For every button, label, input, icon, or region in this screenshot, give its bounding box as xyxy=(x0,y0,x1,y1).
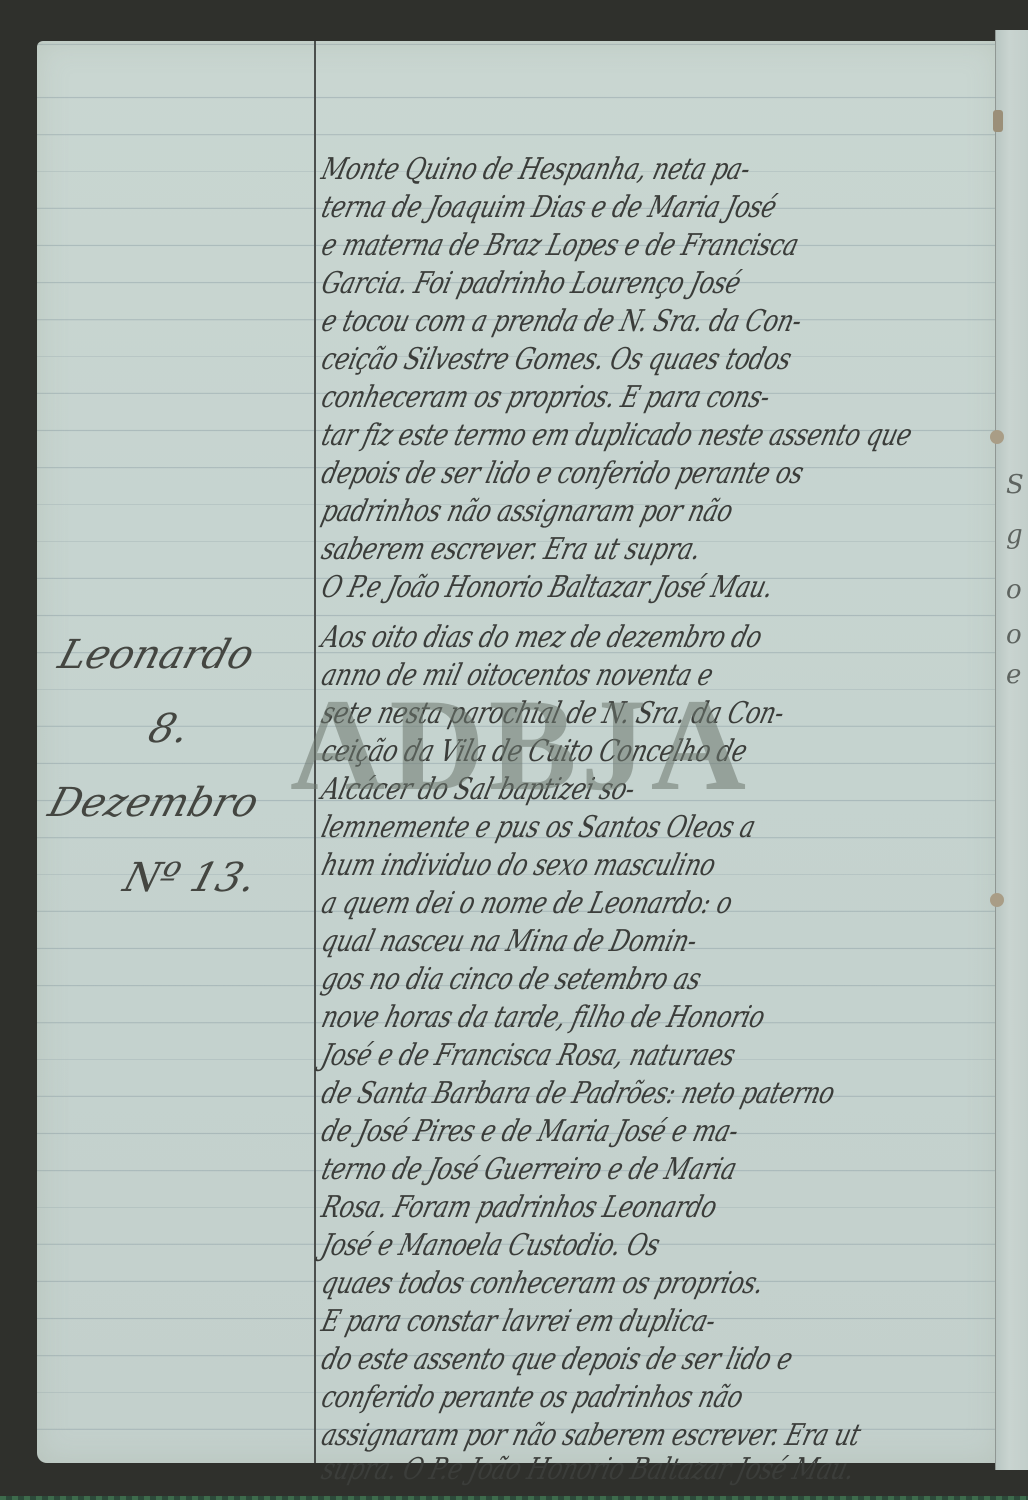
text-line: do este assento que depois de ser lido e xyxy=(318,1342,796,1377)
text-line: Monte Quino de Hespanha, neta pa- xyxy=(318,152,754,187)
text-line: Rosa. Foram padrinhos Leonardo xyxy=(318,1190,720,1225)
text-line: José e de Francisca Rosa, naturaes xyxy=(318,1038,739,1073)
text-line: José e Manoela Custodio. Os xyxy=(318,1228,663,1263)
binding-thread-mark xyxy=(990,430,1004,444)
text-line: Aos oito dias do mez de dezembro do xyxy=(318,620,765,655)
margin-note-number: Nº 13. xyxy=(118,855,261,901)
text-line: anno de mil oitocentos noventa e xyxy=(318,658,716,693)
text-line: Alcácer do Sal baptizei so- xyxy=(318,772,638,807)
signature-line: supra. O P.e João Honorio Baltazar José … xyxy=(318,1452,858,1487)
binding-thread-mark xyxy=(993,110,1003,132)
text-line: qual nasceu na Mina de Domin- xyxy=(318,924,700,959)
text-line: a quem dei o nome de Leonardo: o xyxy=(318,886,736,921)
text-line: hum individuo do sexo masculino xyxy=(318,848,719,883)
adjacent-page-edge: S g o o e xyxy=(995,30,1028,1470)
binding-thread-mark xyxy=(990,893,1004,907)
text-line: de José Pires e de Maria José e ma- xyxy=(318,1114,742,1149)
margin-note-name: Leonardo xyxy=(53,632,259,678)
text-line: depois de ser lido e conferido perante o… xyxy=(318,456,807,491)
adjacent-page-fragment: S xyxy=(1006,470,1024,500)
text-line: nove horas da tarde, filho de Honorio xyxy=(318,1000,768,1035)
text-line: padrinhos não assignaram por não xyxy=(318,494,736,529)
text-line: e tocou com a prenda de N. Sra. da Con- xyxy=(318,304,805,339)
text-line: tar fiz este termo em duplicado neste as… xyxy=(318,418,915,453)
text-line: de Santa Barbara de Padrões: neto patern… xyxy=(318,1076,838,1111)
margin-note-month: Dezembro xyxy=(43,780,263,826)
margin-rule xyxy=(314,41,316,1463)
text-line: Garcia. Foi padrinho Lourenço José xyxy=(318,266,744,301)
adjacent-page-fragment: o xyxy=(1006,620,1022,650)
text-line: lemnemente e pus os Santos Oleos a xyxy=(318,810,759,845)
adjacent-page-fragment: g xyxy=(1006,520,1023,550)
text-line: sete nesta parochial de N. Sra. da Con- xyxy=(318,696,788,731)
text-line: quaes todos conheceram os proprios. xyxy=(318,1266,767,1301)
adjacent-page-fragment: e xyxy=(1006,660,1021,690)
text-line: saberem escrever. Era ut supra. xyxy=(318,532,704,567)
text-line: conheceram os proprios. E para cons- xyxy=(318,380,773,415)
text-line: ceição da Vila de Cuito Concelho de xyxy=(318,734,750,769)
text-line: E para constar lavrei em duplica- xyxy=(318,1304,719,1339)
text-line: e materna de Braz Lopes e de Francisca xyxy=(318,228,802,263)
text-line: gos no dia cinco de setembro as xyxy=(318,962,705,997)
text-line: terno de José Guerreiro e de Maria xyxy=(318,1152,740,1187)
text-line: assignaram por não saberem escrever. Era… xyxy=(318,1418,864,1453)
text-line: conferido perante os padrinhos não xyxy=(318,1380,747,1415)
scan-edge-strip xyxy=(0,1496,1028,1500)
signature-line: O P.e João Honorio Baltazar José Mau. xyxy=(318,570,777,605)
text-line: terna de Joaquim Dias e de Maria José xyxy=(318,190,780,225)
adjacent-page-fragment: o xyxy=(1006,575,1022,605)
text-line: ceição Silvestre Gomes. Os quaes todos xyxy=(318,342,795,377)
